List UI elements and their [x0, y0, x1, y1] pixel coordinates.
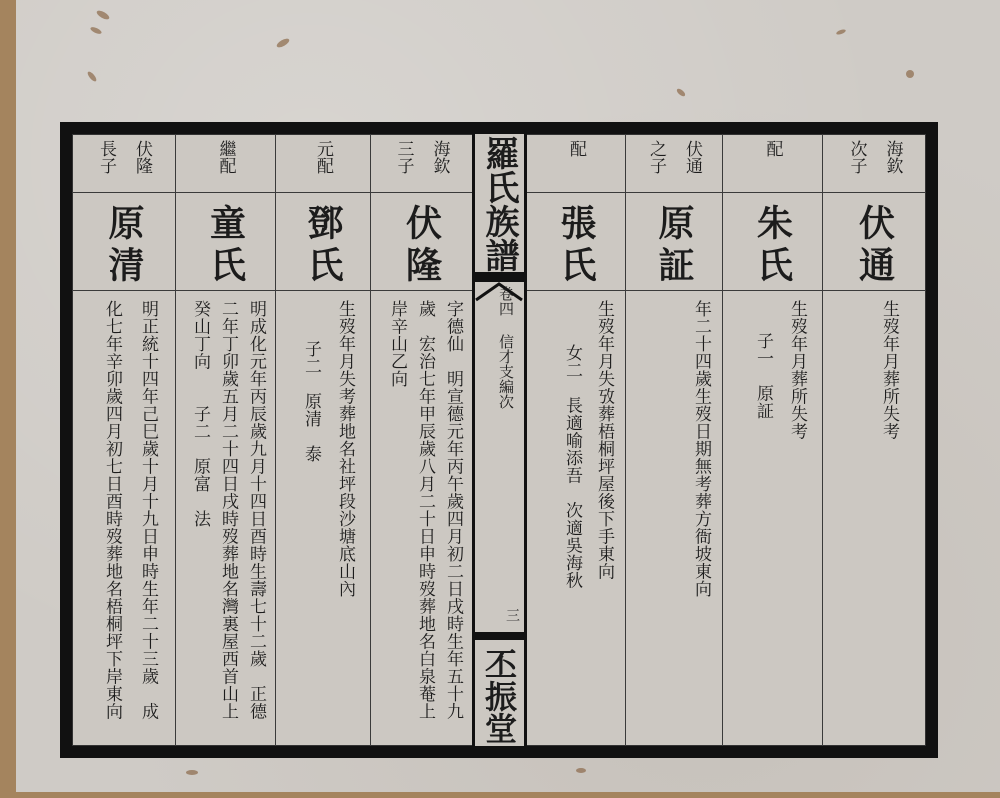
header-label: 元配 [312, 140, 334, 190]
person-name: 童氏 [206, 204, 246, 288]
hall-name-box: 丕振堂 [474, 632, 524, 752]
header-label: 配 [762, 140, 784, 190]
body-line: 字德仙 明宣德元年丙午歲四月初二日戌時生年五十九 [442, 300, 464, 740]
entry-name-cell: 伏隆 [371, 204, 472, 288]
header-label: 海欽 [882, 140, 904, 190]
stain-mark [86, 70, 98, 82]
entry-header: 配 [527, 140, 625, 190]
stain-mark [836, 28, 847, 35]
entry-header: 配 [723, 140, 822, 190]
genealogy-title: 羅氏族譜 [481, 136, 517, 272]
entry-name-cell: 童氏 [176, 204, 275, 288]
person-name: 朱氏 [753, 204, 793, 288]
person-name: 張氏 [556, 204, 596, 288]
stain-mark [275, 37, 290, 49]
stain-mark [906, 70, 914, 78]
person-name: 鄧氏 [303, 204, 343, 288]
stain-mark [186, 770, 198, 775]
body-line: 歲 宏治七年甲辰歲八月二十日申時歿葬地名白泉菴上 [414, 300, 436, 740]
header-label: 配 [565, 140, 587, 190]
stain-mark [576, 768, 586, 773]
header-label: 伏隆 [131, 140, 153, 190]
name-rule-left [72, 290, 472, 291]
body-line: 生歿年月葬所失考 [786, 300, 808, 740]
body-line: 年二十四歲生歿日期無考葬方衙坡東向 [690, 300, 712, 740]
genealogy-title-box: 羅氏族譜 [474, 136, 524, 282]
stain-mark [95, 9, 110, 21]
entry-header: 伏通 之子 [626, 140, 722, 190]
body-line: 生歿年月葬所失考 [878, 300, 900, 740]
entry-header: 海欽 次子 [823, 140, 926, 190]
person-name: 原清 [104, 204, 144, 288]
entry-body: 年二十四歲生歿日期無考葬方衙坡東向 [626, 300, 722, 740]
entry-name-cell: 原清 [73, 204, 175, 288]
entry-body: 明成化元年丙辰歲九月十四日酉時生壽七十二歲 正德 二年丁卯歲五月二十四日戌時歿葬… [176, 300, 275, 740]
body-line: 明成化元年丙辰歲九月十四日酉時生壽七十二歲 正德 [245, 300, 267, 740]
entry-body: 生歿年月葬所失考 子一 原証 [723, 300, 822, 740]
header-label: 長子 [95, 140, 117, 190]
body-line: 化七年辛卯歲四月初七日酉時歿葬地名梧桐坪下岸東向 [101, 300, 123, 740]
body-line: 子一 原証 [752, 332, 774, 740]
entry-name-cell: 原証 [626, 204, 722, 288]
header-label: 繼配 [215, 140, 237, 190]
header-label: 三子 [393, 140, 415, 190]
person-name: 伏隆 [402, 204, 442, 288]
person-name: 原証 [654, 204, 694, 288]
person-name: 伏通 [855, 204, 895, 288]
header-label: 伏通 [681, 140, 703, 190]
header-label: 之子 [645, 140, 667, 190]
stain-mark [676, 87, 687, 97]
volume-label: 卷四 [496, 286, 515, 316]
header-label: 海欽 [429, 140, 451, 190]
body-line: 癸山丁向 子二 原富 法 [189, 300, 211, 740]
entry-body: 字德仙 明宣德元年丙午歲四月初二日戌時生年五十九 歲 宏治七年甲辰歲八月二十日申… [371, 300, 472, 740]
body-line: 生歿年月失考葬地名社坪段沙塘底山內 [334, 300, 356, 740]
entry-header: 海欽 三子 [371, 140, 472, 190]
entry-name-cell: 伏通 [823, 204, 926, 288]
entry-body: 明正統十四年己巳歲十月十九日申時生年二十三歲 成 化七年辛卯歲四月初七日酉時歿葬… [73, 300, 175, 740]
body-line: 二年丁卯歲五月二十四日戌時歿葬地名灣裏屋西首山上 [217, 300, 239, 740]
entry-body: 生歿年月失考葬地名社坪段沙塘底山內 子二 原清 泰 [276, 300, 370, 740]
entry-name-cell: 張氏 [527, 204, 625, 288]
header-label: 次子 [846, 140, 868, 190]
hall-name: 丕振堂 [481, 648, 517, 744]
entry-body: 生歿年月失攷葬梧桐坪屋後下手東向 女二 長適喻添吾 次適吳海秋 [527, 300, 625, 740]
entry-body: 生歿年月葬所失考 [823, 300, 926, 740]
header-rule-right [526, 192, 926, 193]
entry-header: 伏隆 長子 [73, 140, 175, 190]
entry-name-cell: 朱氏 [723, 204, 822, 288]
body-line: 生歿年月失攷葬梧桐坪屋後下手東向 [593, 300, 615, 740]
header-rule-left [72, 192, 472, 193]
body-line: 岸辛山乙向 [386, 300, 408, 740]
entry-header: 元配 [276, 140, 370, 190]
branch-label: 信才支編次 [496, 334, 515, 409]
stain-mark [90, 26, 103, 36]
page-number: 三 [502, 608, 522, 622]
body-line: 女二 長適喻添吾 次適吳海秋 [561, 344, 583, 740]
body-line: 明正統十四年己巳歲十月十九日申時生年二十三歲 成 [137, 300, 159, 740]
entry-name-cell: 鄧氏 [276, 204, 370, 288]
entry-header: 繼配 [176, 140, 275, 190]
name-rule-right [526, 290, 926, 291]
body-line: 子二 原清 泰 [300, 340, 322, 740]
